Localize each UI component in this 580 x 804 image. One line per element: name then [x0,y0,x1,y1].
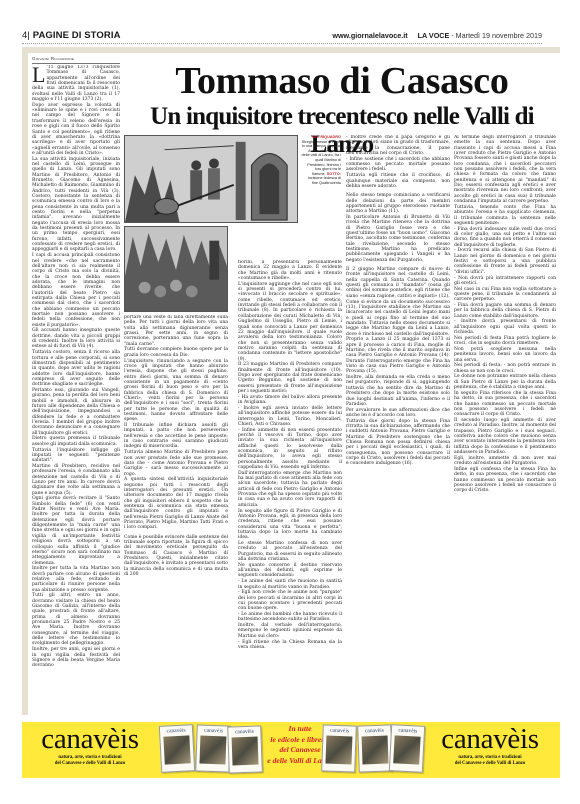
engraving-illustration-icon [125,227,227,311]
paragraph: A questa sintesi dell'attività inquisito… [124,477,228,530]
caption-tag-below: SOTTO: [327,172,341,176]
article-column-2: portare una veste di lana direttamente s… [124,315,228,705]
paragraph: - Infine sostiene che i sacerdoti che ab… [346,157,450,173]
caption-text-below: Incisione tedesca di fine Quattrocento [308,176,341,185]
drop-cap: L [32,66,46,83]
paragraph: - Fina dovrà indossare sulle vesti due c… [454,227,556,248]
paragraph: - Inoltre dovrà presentarsi di fronte al… [454,319,556,335]
ad-tagline-2: del Canavese e delle Valli di Lanzo [26,761,154,767]
paragraph: Inoltre, alla domanda se ella creda o me… [346,375,450,407]
paragraph: Il secondo luogo egli ammette di aver cr… [454,418,556,455]
paragraph: Ogni giorno dovrà recitare il "Santo Sim… [32,496,120,565]
paragraph: Martino di Presbitero, recidivo nel prof… [32,464,120,496]
paragraph: Nello stesso tempo cominciano a verifica… [346,193,450,214]
ad-tagline-2: del Canavese e delle Valli di Lanzo [426,761,554,767]
canaveis-advertisement[interactable]: canavèis natura, arte, storia e tradizio… [22,722,560,778]
magazine-cover-icon: canavèis [321,724,357,772]
paragraph: - Inoltre crede che il papa Gregorio e g… [346,135,450,156]
paragraph: Tuttavia egli ritiene che il crocifisso,… [346,173,450,189]
section-title: 4| PAGINE DI STORIA [22,30,121,41]
paragraph: Proprio a Lanzo il 25 maggio del 1373 si… [346,337,450,374]
paragraph: Il 2 giugno Martino compare di nuovo di … [346,267,450,299]
paragraph: Come è possibile evincere dalle sentenze… [124,535,228,578]
magazine-cover-icon: canavèis [195,724,231,772]
woodcut-illustration-icon [125,136,297,222]
paragraph: Tuttavia, tenendo conto che Fina ha abiu… [454,205,556,226]
article-column-5: Al termine degli interrogatori il tribun… [454,135,556,705]
paragraph: L'11 giugno 1373 l'inquisitore Tommaso d… [32,65,120,102]
paragraph: Nei periodi di festa: - non potrà entrar… [454,363,556,374]
ad-brand-name: canavèis [26,723,154,755]
paragraph: Non potrà scegliere nessuna nella penite… [454,347,556,363]
paragraph: Il 23 maggio Martino di Presbitero compa… [238,362,342,394]
masthead-right: www.giornalelavoce.it LA VOCE - Martedì … [332,31,542,40]
paragraph: Per avvalorare le sue affermazioni dice … [346,408,450,419]
paragraph: Tuttavia almeno Martino di Presbitero pa… [124,450,228,477]
paragraph: Tutti dovranno compiere buone opere per … [124,347,228,358]
paragraph: In seguito alle figure di Pietro Garigli… [238,509,342,541]
paragraph: fiorini, a presentarsi personalmente dom… [238,260,342,281]
byline: Giovanni Riccardone [32,56,120,64]
paragraph: Le donne non potranno entrare nella chie… [454,374,556,390]
paragraph: Dietro questa premessa il tribunale asso… [32,436,120,447]
issue-date: - Martedì 19 novembre 2019 [451,31,542,40]
section-name: PAGINE DI STORIA [33,30,121,41]
paragraph: In particolare Antonio di Brunetto di Vi… [346,215,450,263]
paragraph: Infine egli confessa che la stessa Fina … [454,467,556,494]
paragraph: Come si evince da un documento successiv… [346,300,450,337]
paragraph: Inoltre, dal verbale dell'interrogatorio… [238,623,342,639]
paragraph: - Fina dovrà pagare una somma di denaro … [454,303,556,319]
paragraph: La sua attività inquisitoriale, iniziata… [32,157,120,253]
paragraph: - Le anime dei bambini che hanno ricevut… [238,612,342,623]
page-masthead: 4| PAGINE DI STORIA www.giornalelavoce.i… [22,30,542,44]
paragraph: portare una veste di lana direttamente s… [124,315,228,347]
paragraph: Tuttavia l'inquisitore infligge gli impu… [32,448,120,464]
woodcut-image-witches-burning [124,135,298,223]
ad-brand-name: canavèis [426,723,554,755]
paragraph: - Ha avuto timore del balivo allora pres… [238,395,342,406]
paragraph: Tuttavia due giorni dopo la stessa Fina … [346,419,450,467]
article-column-3: fiorini, a presentarsi personalmente dom… [238,260,342,705]
image-caption: NEL RIQUADRO Streghe messe al rogo, in u… [301,135,341,186]
paragraph: - Dovrà recarsi alla chiesa di San Pietr… [454,248,556,275]
paragraph: Tutti gli altri, entro un anno, dovranno… [32,593,120,646]
paragraph: I capi di accusa principali consistono n… [32,253,120,328]
paragraph: Al termine degli interrogatori il tribun… [454,135,556,204]
ad-brand-right: canavèis natura, arte, storia e tradizio… [426,723,554,767]
paragraph: Dall'interrogatorio emerge che Martino n… [238,471,342,508]
article-column-4: - Inoltre crede che il papa Gregorio e g… [346,135,450,705]
paragraph: Gli accusati hanno insegnato queste dott… [32,328,120,349]
article-column-1: L'11 giugno 1373 l'inquisitore Tommaso d… [32,65,120,705]
ad-brand-left: canavèis natura, arte, storia e tradizio… [26,723,154,767]
paragraph: Inoltre, per tre anni, ogni sei giorni e… [32,647,120,668]
paragraph: Le stesse Martino confessa di non aver c… [238,541,342,562]
paragraph: Pertanto essi, giurando sui Vangeli, giu… [32,388,120,436]
paragraph: Tuttavia costoro, senza il ricorso alla … [32,350,120,387]
paragraph: - Inoltre egli aveva inviato delle lette… [238,406,342,427]
paragraph: Nei periodi di festa Fina potrà togliere… [454,336,556,347]
paragraph: Il tribunale infine dichiara assolti gli… [124,423,228,450]
masthead-separator: | [27,30,30,41]
paragraph: - Le anime dei santi che muoiono in sant… [238,579,342,590]
magazine-cover-icon: canavèis [159,724,195,773]
paragraph: L'inquisitore aggiunge che nel caso egli… [238,282,342,362]
headline: Tommaso di Casasco [124,61,560,101]
caption-text-box: Streghe messe al rogo, in una stampa d'e… [302,140,341,176]
caption-tag-box: NEL RIQUADRO [312,135,341,139]
paragraph: - Egli ritiene che la Chiesa Romana sia … [238,640,342,651]
paragraph: - Infine ammette di non essersi presenta… [238,428,342,471]
paragraph: Dopo aver espresso la volontà di «elimin… [32,103,120,156]
woodcut-image-german-engraving [124,226,228,312]
paragraph: In seguito Fina riferisce che la stessa … [454,391,556,418]
paragraph: L'inquisitore, rinunciando a segnare con… [124,359,228,423]
article: Giovanni Riccardone Tommaso di Casasco U… [28,53,560,715]
paragraph: - Non dovrà più intrattenere rapporti co… [454,276,556,287]
paragraph: Nel caso in cui Fina non voglia sottosta… [454,287,556,303]
website-link[interactable]: www.giornalelavoce.it [332,31,407,40]
paragraph: Egli, inoltre, ammette di non aver mai c… [454,456,556,467]
newspaper-name: LA VOCE [418,31,450,40]
paragraph: - Egli non crede che le anime non "purga… [238,590,342,611]
magazine-cover-icon: canavèis [357,724,393,772]
paragraph: Ne quanto concerne il destino riservato … [238,563,342,579]
magazine-cover-icon: canavèis [389,724,425,773]
paragraph: Inoltre per tutta la vita Martino non do… [32,566,120,593]
